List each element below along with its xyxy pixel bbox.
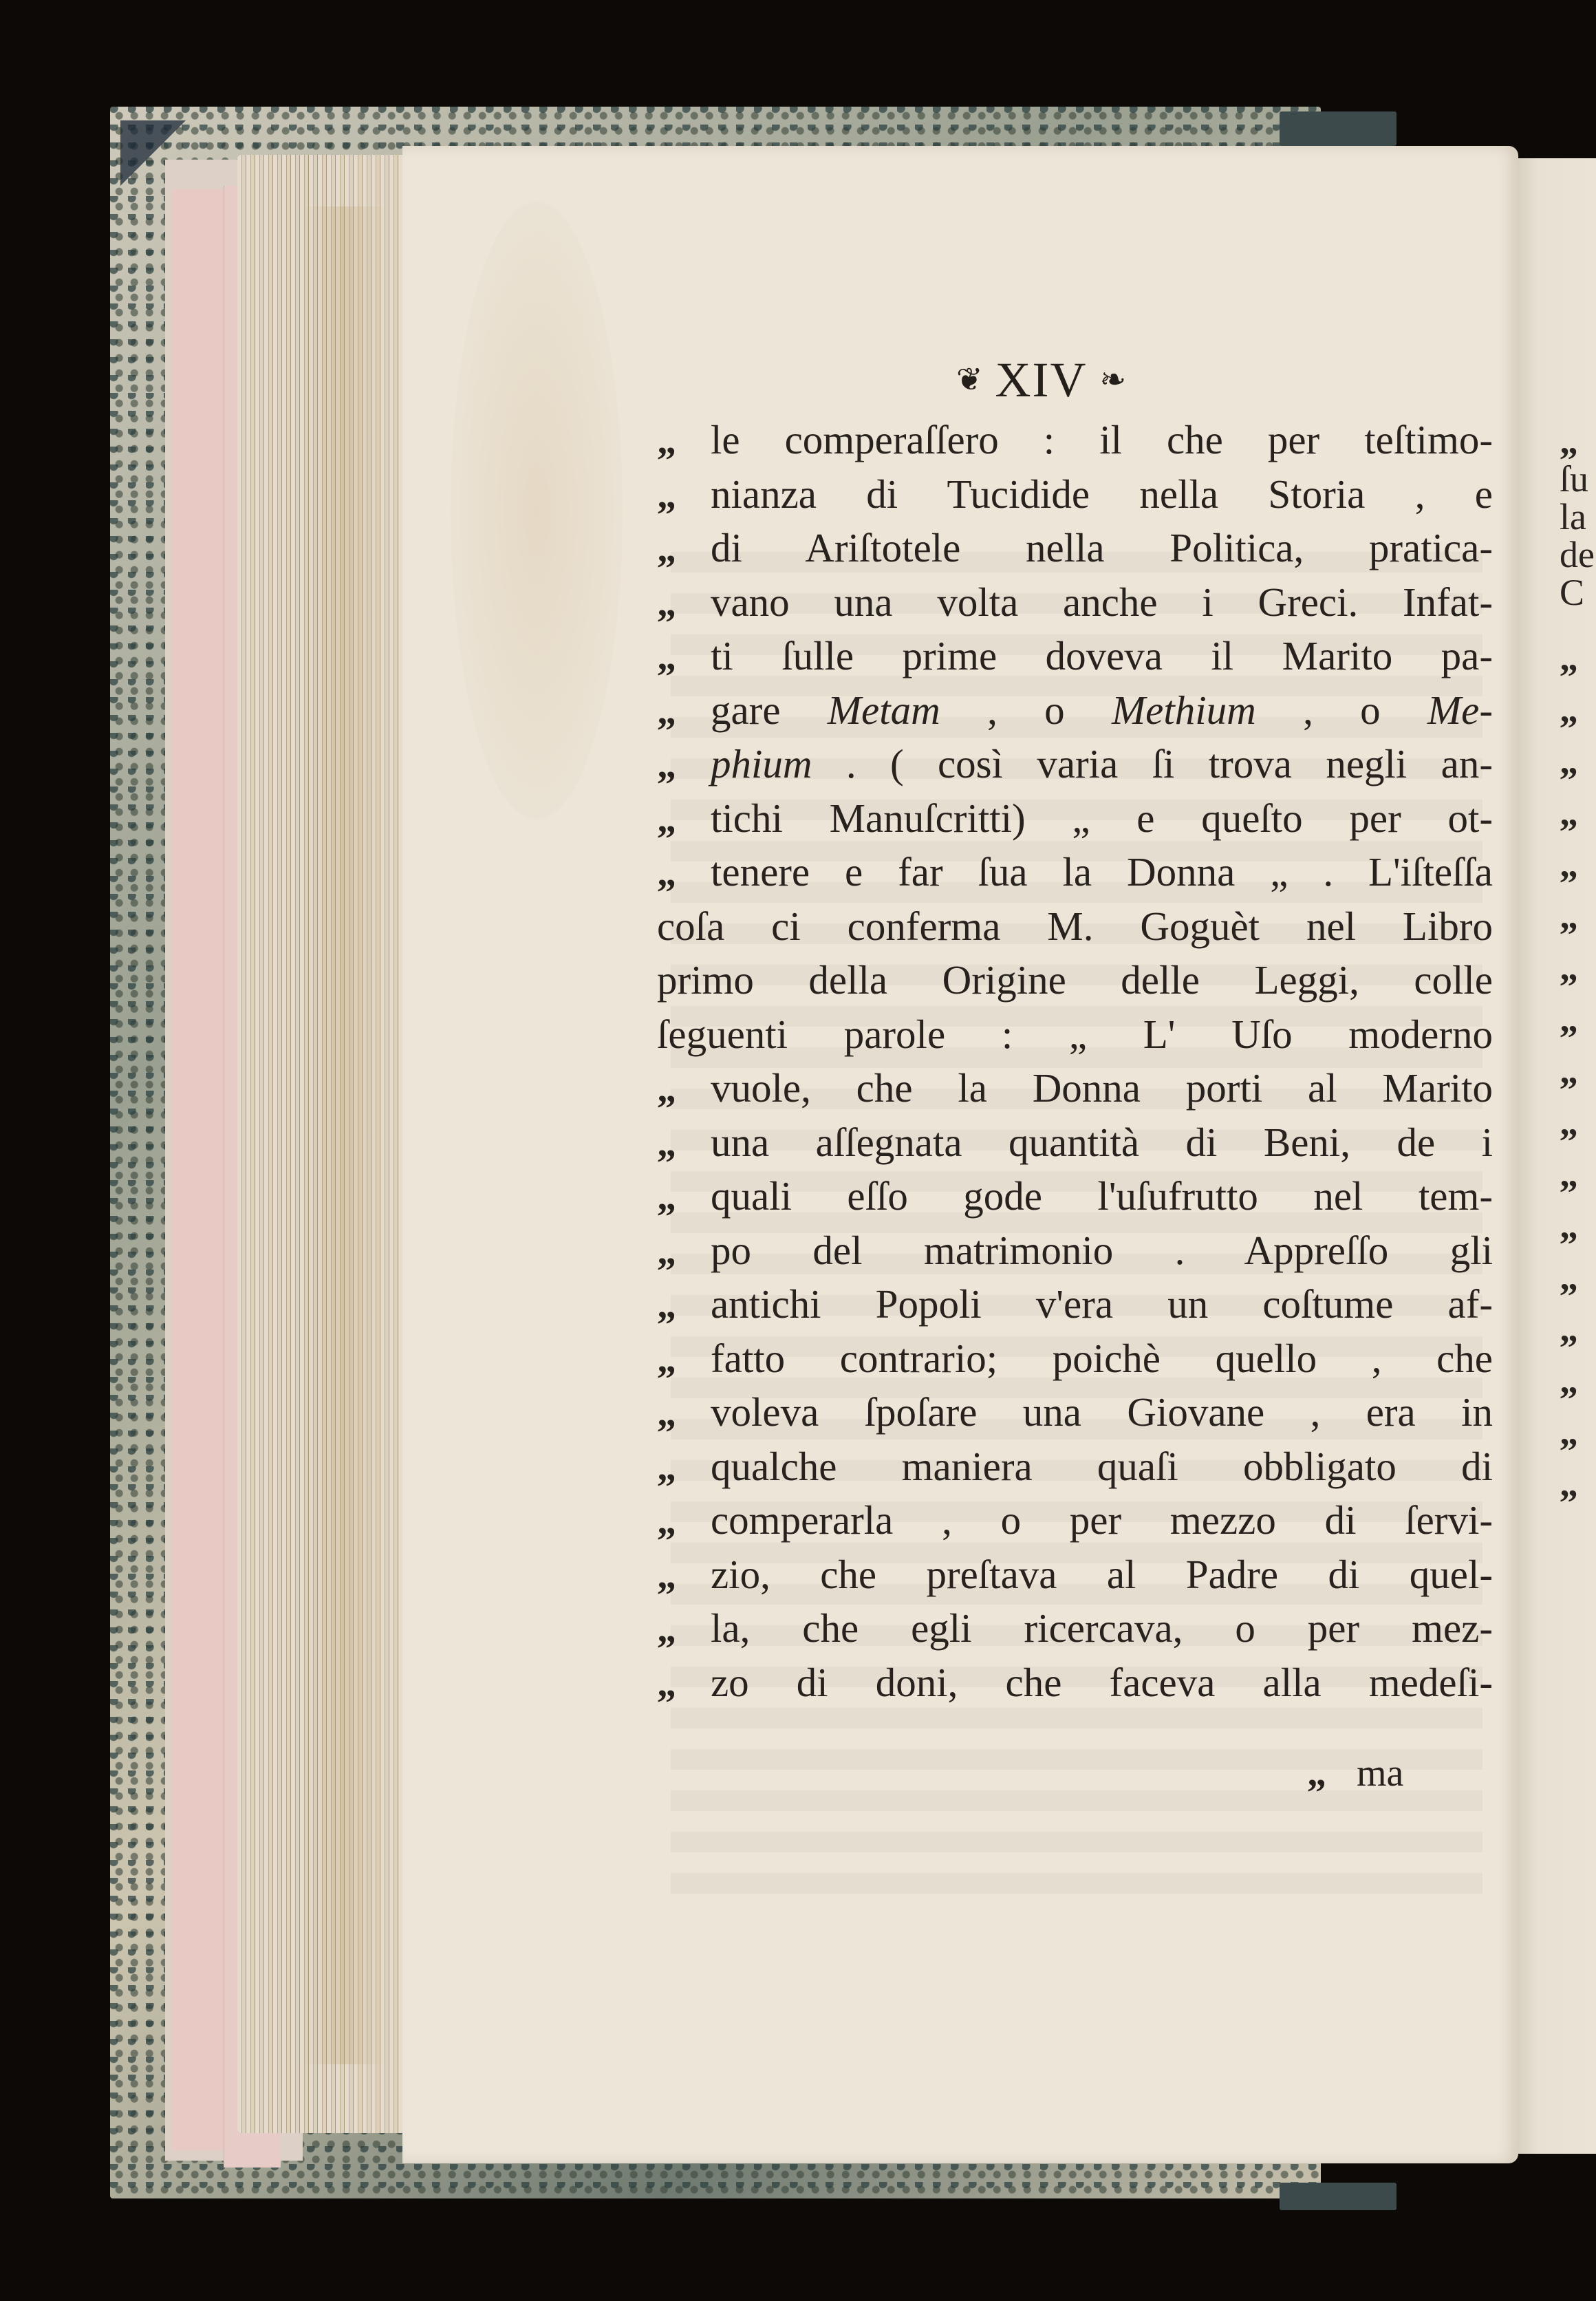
facing-page-text: „ — [1560, 1256, 1578, 1298]
text-line: „vano una volta anche i Greci. Infat- — [657, 575, 1493, 630]
text-line: „vuole, che la Donna porti al Marito — [657, 1061, 1493, 1115]
water-stain — [451, 201, 623, 820]
line-text: tichi Manuſcritti) „ e queſto per ot- — [711, 791, 1493, 845]
line-text: zo di doni, che faceva alla medeſi- — [711, 1656, 1493, 1709]
quote-mark: „ — [657, 685, 711, 738]
quote-mark: „ — [657, 738, 711, 792]
facing-page-text: C — [1560, 571, 1584, 614]
text-line: „zo di doni, che faceva alla medeſi- — [657, 1656, 1493, 1710]
line-text: coſa ci conferma M. Goguèt nel Libro — [657, 899, 1493, 953]
line-text: tenere e far ſua la Donna „ . L'iſteſſa — [711, 845, 1493, 899]
facing-page-text: de — [1560, 533, 1595, 576]
facing-page-text: „ — [1560, 636, 1578, 679]
facing-page-fragment: „ſuladeC„„„„„„„„„„„„„„„„„ — [1518, 158, 1596, 2154]
text-line: „la, che egli ricercava, o per mez- — [657, 1601, 1493, 1656]
line-text: gare Metam , o Methium , o Me- — [711, 683, 1493, 737]
line-text: primo della Origine delle Leggi, colle — [657, 953, 1493, 1007]
facing-page-text: „ — [1560, 1411, 1578, 1453]
facing-page-text: ſu — [1560, 458, 1588, 500]
text-line: „antichi Popoli v'era un coſtume af- — [657, 1277, 1493, 1331]
facing-page-text: „ — [1560, 946, 1578, 989]
quote-mark: „ — [657, 522, 711, 576]
text-line: „una aſſegnata quantità di Beni, de i — [657, 1115, 1493, 1170]
quote-mark: „ — [657, 1603, 711, 1656]
text-line: „phium . ( così varia ſi trova negli an- — [657, 737, 1493, 791]
text-line: „le comperaſſero : il che per teſtimo- — [657, 413, 1493, 467]
text-fragment: , o — [1256, 687, 1427, 733]
text-fragment: Me- — [1427, 687, 1493, 733]
facing-page-text: „ — [1560, 1153, 1578, 1195]
quote-mark: „ — [657, 1062, 711, 1116]
text-fragment: . ( così varia ſi trova negli an- — [812, 741, 1493, 786]
line-text: phium . ( così varia ſi trova negli an- — [711, 737, 1493, 791]
line-text: la, che egli ricercava, o per mez- — [711, 1601, 1493, 1655]
quote-mark: „ — [1307, 1752, 1326, 1795]
fleuron-left-icon: ❦ — [956, 364, 983, 396]
quote-mark: „ — [657, 1170, 711, 1224]
quote-mark: „ — [657, 1387, 711, 1440]
line-text: nianza di Tucidide nella Storia , e — [711, 467, 1493, 521]
text-line: „zio, che preſtava al Padre di quel- — [657, 1548, 1493, 1602]
facing-page-text: „ — [1560, 1462, 1578, 1505]
text-line: „tenere e far ſua la Donna „ . L'iſteſſa — [657, 845, 1493, 899]
facing-page-text: „ — [1560, 688, 1578, 731]
facing-page-text: „ — [1560, 1049, 1578, 1092]
facing-page-text: „ — [1560, 791, 1578, 834]
facing-page-text: „ — [1560, 843, 1578, 886]
text-line: „tichi Manuſcritti) „ e queſto per ot- — [657, 791, 1493, 846]
text-fragment: Methium — [1112, 687, 1256, 733]
text-fragment: phium — [711, 741, 812, 786]
text-line: „comperarla , o per mezzo di ſervi- — [657, 1493, 1493, 1548]
facing-page-text: „ — [1560, 1101, 1578, 1144]
catchword-text: ma — [1357, 1752, 1403, 1795]
quote-mark: „ — [657, 1441, 711, 1495]
facing-page-text: „ — [1560, 1204, 1578, 1247]
quote-mark: „ — [657, 414, 711, 468]
text-line: ſeguenti parole : „ L' Uſo moderno — [657, 1007, 1493, 1062]
line-text: fatto contrario; poichè quello , che — [711, 1331, 1493, 1385]
text-line: „voleva ſpoſare una Giovane , era in — [657, 1385, 1493, 1440]
running-header: ❦ XIV ❧ — [956, 352, 1126, 407]
page-number: XIV — [995, 352, 1088, 409]
facing-page-text: „ — [1560, 1307, 1578, 1350]
quote-mark: „ — [657, 1549, 711, 1603]
quote-mark: „ — [657, 469, 711, 522]
facing-page-text: „ — [1560, 420, 1578, 462]
facing-page-text: „ — [1560, 895, 1578, 937]
line-text: antichi Popoli v'era un coſtume af- — [711, 1277, 1493, 1331]
line-text: ti ſulle prime doveva il Marito pa- — [711, 629, 1493, 683]
facing-page-text: „ — [1560, 740, 1578, 782]
text-line: „quali eſſo gode l'uſufrutto nel tem- — [657, 1169, 1493, 1223]
text-line: „gare Metam , o Methium , o Me- — [657, 683, 1493, 738]
line-text: po del matrimonio . Appreſſo gli — [711, 1223, 1493, 1277]
quote-mark: „ — [657, 1117, 711, 1170]
line-text: zio, che preſtava al Padre di quel- — [711, 1548, 1493, 1601]
line-text: di Ariſtotele nella Politica, pratica- — [711, 521, 1493, 575]
page-edge-foxing — [303, 206, 385, 2064]
quote-mark: „ — [657, 1657, 711, 1711]
text-line: „qualche maniera quaſi obbligato di — [657, 1440, 1493, 1494]
text-line: „po del matrimonio . Appreſſo gli — [657, 1223, 1493, 1278]
text-line: „ti ſulle prime doveva il Marito pa- — [657, 629, 1493, 683]
quote-mark: „ — [657, 1278, 711, 1332]
quote-mark: „ — [657, 1495, 711, 1548]
text-line: primo della Origine delle Leggi, colle — [657, 953, 1493, 1007]
text-line: „di Ariſtotele nella Politica, pratica- — [657, 521, 1493, 575]
catchword: „ ma — [1307, 1751, 1403, 1795]
line-text: vano una volta anche i Greci. Infat- — [711, 575, 1493, 629]
quote-mark: „ — [657, 846, 711, 900]
line-text: voleva ſpoſare una Giovane , era in — [711, 1385, 1493, 1439]
line-text: le comperaſſero : il che per teſtimo- — [711, 413, 1493, 467]
quote-mark: „ — [657, 577, 711, 630]
text-fragment: , o — [940, 687, 1112, 733]
text-fragment: Metam — [828, 687, 940, 733]
quote-mark: „ — [657, 793, 711, 846]
facing-page-text: „ — [1560, 1359, 1578, 1402]
line-text: qualche maniera quaſi obbligato di — [711, 1440, 1493, 1493]
text-fragment: gare — [711, 687, 828, 733]
quote-mark: „ — [657, 630, 711, 684]
text-line: „fatto contrario; poichè quello , che — [657, 1331, 1493, 1386]
quote-mark: „ — [657, 1333, 711, 1387]
line-text: una aſſegnata quantità di Beni, de i — [711, 1115, 1493, 1169]
line-text: vuole, che la Donna porti al Marito — [711, 1061, 1493, 1115]
body-text: „le comperaſſero : il che per teſtimo-„n… — [657, 413, 1493, 1709]
line-text: ſeguenti parole : „ L' Uſo moderno — [657, 1007, 1493, 1061]
quote-mark: „ — [657, 1225, 711, 1278]
facing-page-text: „ — [1560, 998, 1578, 1040]
cover-spine-strip-top — [1280, 111, 1396, 146]
text-line: coſa ci conferma M. Goguèt nel Libro — [657, 899, 1493, 954]
fleuron-right-icon: ❧ — [1100, 364, 1127, 396]
text-line: „nianza di Tucidide nella Storia , e — [657, 467, 1493, 522]
cover-spine-strip-bottom — [1280, 2183, 1396, 2210]
line-text: comperarla , o per mezzo di ſervi- — [711, 1493, 1493, 1547]
facing-page-text: la — [1560, 495, 1586, 538]
line-text: quali eſſo gode l'uſufrutto nel tem- — [711, 1169, 1493, 1223]
